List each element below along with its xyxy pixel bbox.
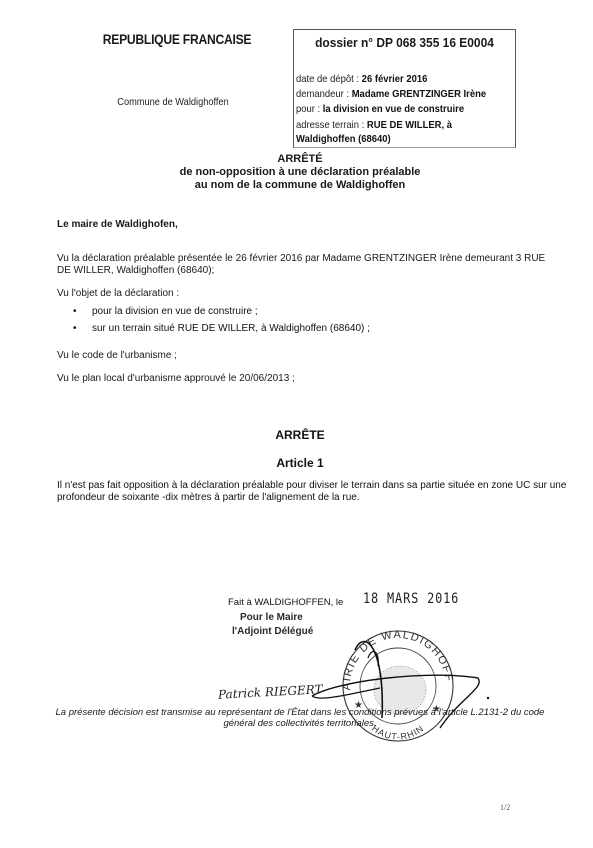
- dossier-field-pour: pour : la division en vue de construire: [296, 102, 486, 117]
- field-value: Waldighoffen (68640): [296, 133, 391, 145]
- article-title: Article 1: [100, 456, 500, 470]
- pour-le-maire: Pour le Maire: [240, 612, 303, 623]
- dossier-field-adresse-cont: Waldighoffen (68640): [296, 133, 486, 146]
- arrete-title: ARRÊTÉ: [100, 153, 500, 166]
- bullet-item: pour la division en vue de construire ;: [92, 306, 258, 317]
- bullet-item: sur un terrain situé RUE DE WILLER, à Wa…: [92, 323, 370, 334]
- field-value: Madame GRENTZINGER Irène: [352, 88, 486, 100]
- bullet-icon: •: [73, 323, 77, 334]
- field-label: demandeur :: [296, 88, 352, 100]
- article-text: Il n'est pas fait opposition à la déclar…: [57, 480, 567, 503]
- field-label: pour :: [296, 103, 323, 115]
- field-value: RUE DE WILLER, à: [367, 119, 452, 131]
- bullet-icon: •: [73, 306, 77, 317]
- dossier-box: dossier n° DP 068 355 16 E0004 date de d…: [293, 29, 516, 148]
- stamped-date: 18 MARS 2016: [363, 591, 459, 607]
- dossier-field-demandeur: demandeur : Madame GRENTZINGER Irène: [296, 87, 486, 102]
- maire-line: Le maire de Waldighofen,: [57, 219, 178, 231]
- field-label: date de dépôt :: [296, 73, 362, 85]
- arrete-subtitle-2: au nom de la commune de Waldighoffen: [100, 179, 500, 192]
- page-number: 1/2: [500, 803, 510, 812]
- adjoint-delegue: l'Adjoint Délégué: [232, 626, 313, 637]
- decision-heading: ARRÊTE: [100, 428, 500, 442]
- vu-objet: Vu l'objet de la déclaration :: [57, 288, 179, 300]
- dossier-field-date: date de dépôt : 26 février 2016: [296, 72, 486, 87]
- country-heading: REPUBLIQUE FRANCAISE: [101, 32, 254, 47]
- dossier-number: dossier n° DP 068 355 16 E0004: [303, 35, 506, 50]
- field-value: la division en vue de construire: [323, 103, 464, 115]
- field-label: adresse terrain :: [296, 119, 367, 131]
- commune-name: Commune de Waldighoffen: [107, 96, 239, 108]
- transmission-notice: La présente décision est transmise au re…: [55, 707, 545, 729]
- arrete-title-block: ARRÊTÉ de non-opposition à une déclarati…: [100, 153, 500, 192]
- arrete-subtitle: de non-opposition à une déclaration préa…: [100, 166, 500, 179]
- dossier-details: date de dépôt : 26 février 2016 demandeu…: [296, 72, 507, 146]
- vu-declaration: Vu la déclaration préalable présentée le…: [57, 253, 557, 276]
- vu-plan: Vu le plan local d'urbanisme approuvé le…: [57, 373, 295, 385]
- signer-name: Patrick RIEGERT: [218, 682, 323, 701]
- vu-code: Vu le code de l'urbanisme ;: [57, 350, 177, 362]
- field-value: 26 février 2016: [362, 73, 428, 85]
- dossier-field-adresse: adresse terrain : RUE DE WILLER, à: [296, 118, 486, 133]
- fait-a-line: Fait à WALDIGHOFFEN, le: [228, 597, 343, 608]
